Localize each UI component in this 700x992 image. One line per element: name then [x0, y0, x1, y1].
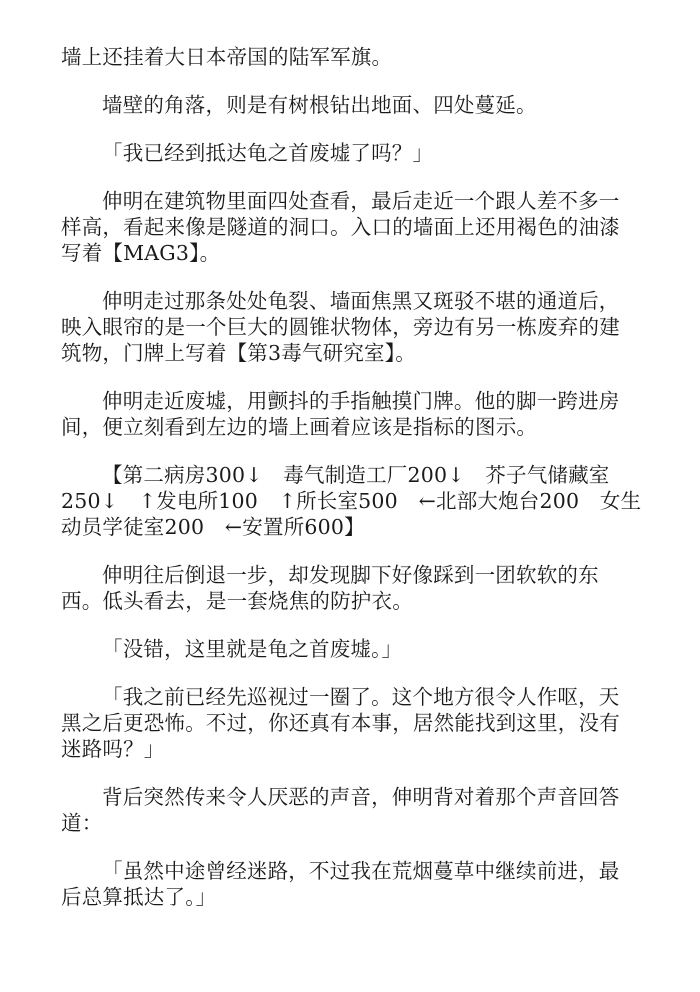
- text-line: 间，便立刻看到左边的墙上画着应该是指标的图示。: [61, 414, 641, 440]
- text-line: 伸明走近废墟，用颤抖的手指触摸门牌。他的脚一跨进房: [61, 388, 641, 414]
- text-line: 伸明走过那条处处龟裂、墙面焦黑又斑驳不堪的通道后，: [61, 288, 641, 314]
- paragraph-12: 「虽然中途曾经迷路，不过我在荒烟蔓草中继续前进，最 后总算抵达了。」: [61, 858, 641, 910]
- text-line: 伸明往后倒退一步，却发现脚下好像踩到一团软软的东: [61, 562, 641, 588]
- paragraph-4: 伸明在建筑物里面四处查看，最后走近一个跟人差不多一 样高，看起来像是隧道的洞口。…: [61, 188, 641, 266]
- text-line: 筑物，门牌上写着【第3毒气研究室】。: [61, 340, 641, 366]
- text-line: 「我已经到抵达龟之首废墟了吗？」: [61, 140, 641, 166]
- document-page: 墙上还挂着大日本帝国的陆军军旗。 墙壁的角落，则是有树根钻出地面、四处蔓延。 「…: [61, 44, 641, 932]
- text-line: 后总算抵达了。」: [61, 884, 641, 910]
- text-line: 写着【MAG3】。: [61, 240, 641, 266]
- text-line: 「我之前已经先巡视过一圈了。这个地方很令人作呕，天: [61, 684, 641, 710]
- paragraph-2: 墙壁的角落，则是有树根钻出地面、四处蔓延。: [61, 92, 641, 118]
- paragraph-3: 「我已经到抵达龟之首废墟了吗？」: [61, 140, 641, 166]
- paragraph-11: 背后突然传来令人厌恶的声音，伸明背对着那个声音回答 道：: [61, 784, 641, 836]
- paragraph-1: 墙上还挂着大日本帝国的陆军军旗。: [61, 44, 641, 70]
- text-line: 西。低头看去，是一套烧焦的防护衣。: [61, 588, 641, 614]
- paragraph-5: 伸明走过那条处处龟裂、墙面焦黑又斑驳不堪的通道后， 映入眼帘的是一个巨大的圆锥状…: [61, 288, 641, 366]
- text-line: 「虽然中途曾经迷路，不过我在荒烟蔓草中继续前进，最: [61, 858, 641, 884]
- text-line: 伸明在建筑物里面四处查看，最后走近一个跟人差不多一: [61, 188, 641, 214]
- text-line: 动员学徒室200 ←安置所600】: [61, 514, 641, 540]
- text-line: 样高，看起来像是隧道的洞口。入口的墙面上还用褐色的油漆: [61, 214, 641, 240]
- paragraph-8: 伸明往后倒退一步，却发现脚下好像踩到一团软软的东 西。低头看去，是一套烧焦的防护…: [61, 562, 641, 614]
- text-line: 墙上还挂着大日本帝国的陆军军旗。: [61, 44, 641, 70]
- paragraph-10: 「我之前已经先巡视过一圈了。这个地方很令人作呕，天 黑之后更恐怖。不过，你还真有…: [61, 684, 641, 762]
- text-line: 250↓ ↑发电所100 ↑所长室500 ←北部大炮台200 女生: [61, 488, 641, 514]
- text-line: 道：: [61, 810, 641, 836]
- paragraph-7-signpost: 【第二病房300↓ 毒气制造工厂200↓ 芥子气储藏室 250↓ ↑发电所100…: [61, 462, 641, 540]
- text-line: 黑之后更恐怖。不过，你还真有本事，居然能找到这里，没有: [61, 710, 641, 736]
- paragraph-9: 「没错，这里就是龟之首废墟。」: [61, 636, 641, 662]
- text-line: 映入眼帘的是一个巨大的圆锥状物体，旁边有另一栋废弃的建: [61, 314, 641, 340]
- paragraph-6: 伸明走近废墟，用颤抖的手指触摸门牌。他的脚一跨进房 间，便立刻看到左边的墙上画着…: [61, 388, 641, 440]
- text-line: 迷路吗？」: [61, 736, 641, 762]
- text-line: 背后突然传来令人厌恶的声音，伸明背对着那个声音回答: [61, 784, 641, 810]
- text-line: 【第二病房300↓ 毒气制造工厂200↓ 芥子气储藏室: [61, 462, 641, 488]
- text-line: 墙壁的角落，则是有树根钻出地面、四处蔓延。: [61, 92, 641, 118]
- text-line: 「没错，这里就是龟之首废墟。」: [61, 636, 641, 662]
